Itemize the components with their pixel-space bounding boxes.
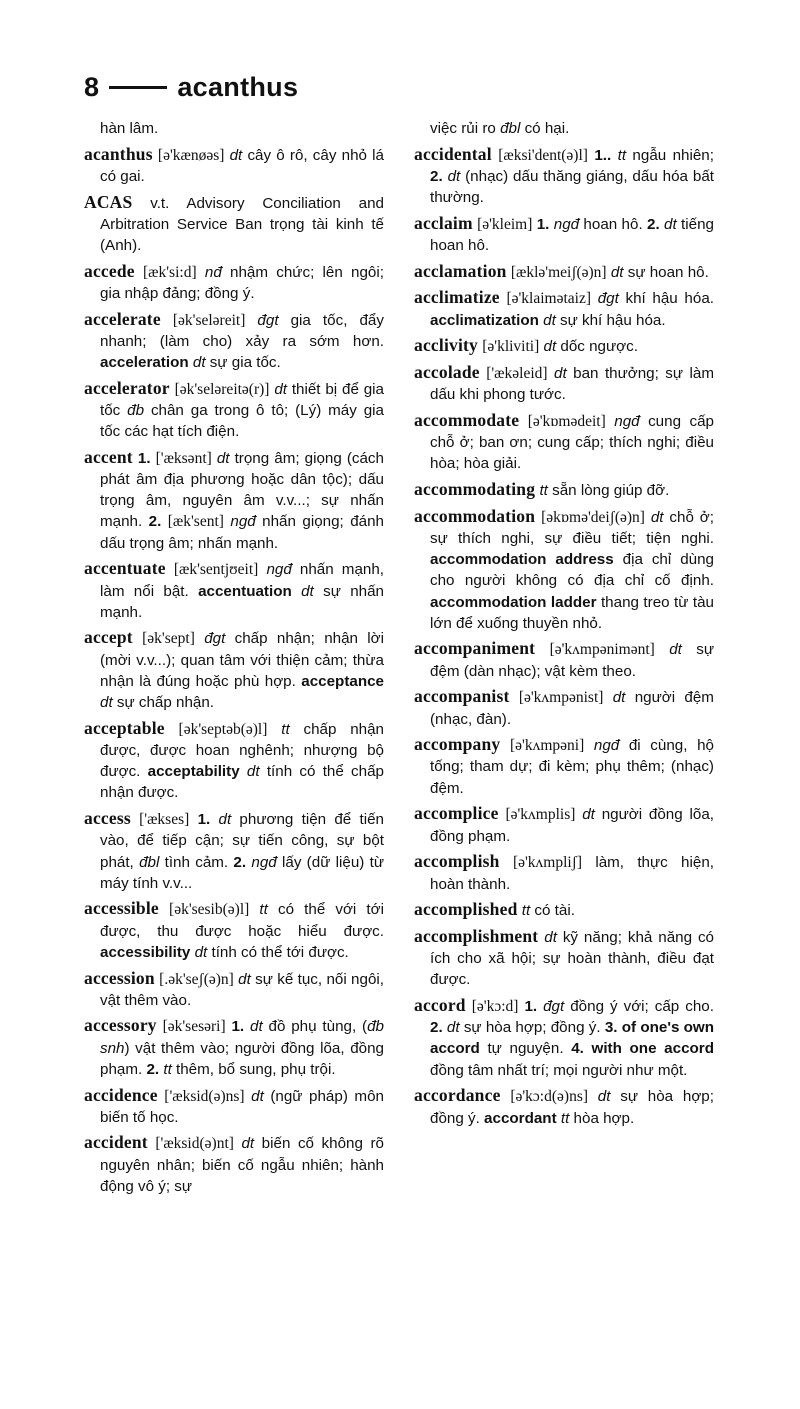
- part-of-speech: tt: [618, 147, 626, 164]
- headword: accelerate: [84, 309, 161, 329]
- headword: accent: [84, 447, 133, 467]
- definition-text: có hại.: [520, 120, 569, 137]
- dictionary-entry: accede [æk'si:d] nđ nhậm chức; lên ngôi;…: [84, 261, 384, 304]
- part-of-speech: đgt: [204, 630, 225, 647]
- sub-entry: acclimatization: [430, 312, 539, 329]
- definition-text: [133, 630, 142, 647]
- part-of-speech: dt: [651, 509, 664, 526]
- right-column: việc rủi ro đbl có hại.accidental [æksi'…: [414, 118, 714, 1133]
- dictionary-entry: acclimatize [ə'klaimətaiz] đgt khí hậu h…: [414, 287, 714, 330]
- part-of-speech: đbl: [500, 120, 520, 137]
- headword: accidence: [84, 1085, 158, 1105]
- pronunciation: [æk'sentjʊeit]: [174, 561, 258, 578]
- headword: accommodating: [414, 479, 535, 499]
- definition-text: [240, 763, 247, 780]
- definition-text: đồ phụ tùng, (: [263, 1018, 367, 1035]
- definition-text: [519, 413, 528, 430]
- part-of-speech: dt: [613, 689, 626, 706]
- headword: acclivity: [414, 335, 478, 355]
- headword: ACAS: [84, 192, 132, 212]
- dictionary-entry: accommodating tt sẵn lòng giúp đỡ.: [414, 479, 714, 501]
- part-of-speech: dt: [238, 971, 251, 988]
- sense-number: 2.: [647, 216, 660, 233]
- definition-text: [500, 737, 510, 754]
- definition-text: [195, 630, 204, 647]
- definition-text: tình cảm.: [159, 854, 233, 871]
- definition-text: [535, 641, 549, 658]
- sense-number: 2.: [149, 513, 162, 530]
- definition-text: sẵn lòng giúp đỡ.: [548, 482, 669, 499]
- pronunciation: [ə'kleim]: [477, 216, 532, 233]
- left-column: hàn lâm.acanthus [ə'kænøəs] dt cây ô rô,…: [84, 118, 384, 1202]
- definition-text: [500, 854, 513, 871]
- sense-number: 3.: [605, 1019, 618, 1036]
- definition-text: [606, 413, 615, 430]
- headword: accelerator: [84, 378, 170, 398]
- definition-text: [197, 264, 205, 281]
- pronunciation: [ə'kʌmpənimənt]: [550, 641, 655, 658]
- headword: accomplishment: [414, 926, 538, 946]
- pronunciation: ['ækses]: [139, 811, 189, 828]
- definition-text: tính có thể tới được.: [207, 944, 349, 961]
- headword: accolade: [414, 362, 480, 382]
- dictionary-entry: accessory [ək'sesəri] 1. dt đồ phụ tùng,…: [84, 1015, 384, 1080]
- sub-entry: acceptance: [301, 673, 384, 690]
- part-of-speech: đbl: [139, 854, 159, 871]
- pronunciation: [ək'sept]: [142, 630, 195, 647]
- definition-text: thêm, bổ sung, phụ trội.: [172, 1061, 336, 1078]
- pronunciation: [æk'si:d]: [143, 264, 197, 281]
- part-of-speech: tt: [259, 901, 267, 918]
- definition-text: hàn lâm.: [100, 120, 158, 137]
- headword: acclaim: [414, 213, 473, 233]
- part-of-speech: ngđ: [594, 737, 619, 754]
- part-of-speech: nđ: [205, 264, 222, 281]
- part-of-speech: tt: [163, 1061, 171, 1078]
- page-header: 8 acanthus: [84, 72, 298, 103]
- dictionary-entry: accompanist [ə'kʌmpənist] dt người đệm (…: [414, 686, 714, 729]
- definition-text: [603, 689, 612, 706]
- entry-continuation: việc rủi ro đbl có hại.: [414, 118, 714, 139]
- headword: accede: [84, 261, 135, 281]
- pronunciation: [ə'kɔ:d(ə)ns]: [510, 1088, 588, 1105]
- definition-text: v.t. Advisory Conciliation and Arbitrati…: [100, 195, 384, 254]
- definition-text: [655, 641, 669, 658]
- part-of-speech: dt: [241, 1135, 254, 1152]
- part-of-speech: dt: [554, 365, 567, 382]
- dictionary-entry: accord [ə'kɔ:d] 1. đgt đồng ý với; cấp c…: [414, 995, 714, 1081]
- pronunciation: [æksi'dent(ə)l]: [498, 147, 588, 164]
- part-of-speech: dt: [251, 1088, 264, 1105]
- definition-text: sự khí hậu hóa.: [556, 312, 666, 329]
- sense-number: 1.: [524, 998, 537, 1015]
- definition-text: [501, 1088, 511, 1105]
- part-of-speech: dt: [582, 806, 595, 823]
- sense-number: 4.: [571, 1040, 584, 1057]
- pronunciation: [ək'sesib(ə)l]: [169, 901, 249, 918]
- pronunciation: [ə'kliviti]: [482, 338, 539, 355]
- dictionary-entry: accidental [æksi'dent(ə)l] 1.. tt ngẫu n…: [414, 144, 714, 209]
- definition-text: [510, 689, 519, 706]
- sub-entry: acceleration: [100, 354, 189, 371]
- part-of-speech: ngđ: [266, 561, 291, 578]
- pronunciation: [ə'kɒmədeit]: [528, 413, 606, 430]
- definition-text: [210, 811, 218, 828]
- definition-text: tự nguyện.: [480, 1040, 571, 1057]
- part-of-speech: dt: [544, 338, 557, 355]
- sub-entry: accommodation address: [430, 551, 614, 568]
- page-number: 8: [84, 72, 99, 103]
- pronunciation: [.ək'seʃ(ə)n]: [159, 971, 234, 988]
- definition-text: [161, 312, 173, 329]
- definition-text: đồng ý với; cấp cho.: [564, 998, 714, 1015]
- part-of-speech: dt: [230, 147, 243, 164]
- headword: acclimatize: [414, 287, 500, 307]
- headword: accession: [84, 968, 155, 988]
- dictionary-entry: acclamation [æklə'meiʃ(ə)n] dt sự hoan h…: [414, 261, 714, 283]
- part-of-speech: dt: [301, 583, 314, 600]
- header-rule: [109, 86, 167, 89]
- definition-text: hòa hợp.: [569, 1110, 634, 1127]
- definition-text: [189, 811, 197, 828]
- pronunciation: ['æksid(ə)ns]: [164, 1088, 244, 1105]
- part-of-speech: dt: [544, 929, 557, 946]
- dictionary-entry: acclaim [ə'kleim] 1. ngđ hoan hô. 2. dt …: [414, 213, 714, 256]
- part-of-speech: dt: [448, 168, 461, 185]
- pronunciation: [ə'klaimətaiz]: [506, 290, 591, 307]
- part-of-speech: đgt: [543, 998, 564, 1015]
- definition-text: có tài.: [530, 902, 575, 919]
- headword: accident: [84, 1132, 148, 1152]
- sense-number: 1..: [594, 147, 611, 164]
- sub-entry: acceptability: [148, 763, 240, 780]
- dictionary-entry: accommodation [əkɒmə'deiʃ(ə)n] dt chỗ ở;…: [414, 506, 714, 634]
- dictionary-entry: acanthus [ə'kænøəs] dt cây ô rô, cây nhỏ…: [84, 144, 384, 187]
- definition-text: [249, 901, 259, 918]
- pronunciation: [æklə'meiʃ(ə)n]: [511, 264, 607, 281]
- definition-text: [135, 264, 143, 281]
- dictionary-entry: accelerate [ək'seləreit] đgt gia tốc, đẩ…: [84, 309, 384, 374]
- definition-text: (nhạc) dấu thăng giáng, dấu hóa bất thườ…: [430, 168, 714, 206]
- dictionary-entry: accommodate [ə'kɒmədeit] ngđ cung cấp ch…: [414, 410, 714, 475]
- definition-text: [267, 721, 281, 738]
- definition-text: đồng tâm nhất trí; mọi người như một.: [430, 1062, 687, 1079]
- definition-text: sự hòa hợp; đồng ý.: [460, 1019, 605, 1036]
- dictionary-entry: accomplice [ə'kʌmplis] dt người đồng lõa…: [414, 803, 714, 846]
- part-of-speech: dt: [247, 763, 260, 780]
- pronunciation: [ə'kɔ:d]: [472, 998, 519, 1015]
- pronunciation: [ə'kʌmplis]: [505, 806, 575, 823]
- part-of-speech: dt: [669, 641, 682, 658]
- dictionary-entry: acclivity [ə'kliviti] dt dốc ngược.: [414, 335, 714, 357]
- sense-number: 2.: [146, 1061, 159, 1078]
- pronunciation: [ək'sesəri]: [163, 1018, 226, 1035]
- dictionary-entry: accession [.ək'seʃ(ə)n] dt sự kế tục, nố…: [84, 968, 384, 1011]
- dictionary-entry: accelerator [ək'seləreitə(r)] dt thiết b…: [84, 378, 384, 443]
- dictionary-entry: accordance [ə'kɔ:d(ə)ns] dt sự hòa hợp; …: [414, 1085, 714, 1128]
- sub-entry: accessibility: [100, 944, 190, 961]
- part-of-speech: đgt: [257, 312, 278, 329]
- pronunciation: ['ækəleid]: [486, 365, 547, 382]
- dictionary-entry: accessible [ək'sesib(ə)l] tt có thể với …: [84, 898, 384, 963]
- dictionary-entry: accident ['æksid(ə)nt] dt biến cố không …: [84, 1132, 384, 1197]
- definition-text: [165, 721, 179, 738]
- headword: accomplished: [414, 899, 518, 919]
- dictionary-entry: accolade ['ækəleid] dt ban thưởng; sự là…: [414, 362, 714, 405]
- part-of-speech: dt: [193, 354, 206, 371]
- part-of-speech: ngđ: [554, 216, 579, 233]
- part-of-speech: dt: [250, 1018, 263, 1035]
- pronunciation: [əkɒmə'deiʃ(ə)n]: [541, 509, 645, 526]
- part-of-speech: dt: [598, 1088, 611, 1105]
- part-of-speech: dt: [274, 381, 287, 398]
- sub-entry: with one accord: [592, 1040, 714, 1057]
- definition-text: sự hoan hô.: [624, 264, 709, 281]
- sub-entry: accommodation ladder: [430, 594, 597, 611]
- dictionary-entry: accomplished tt có tài.: [414, 899, 714, 921]
- headword: accidental: [414, 144, 492, 164]
- definition-text: [292, 583, 301, 600]
- pronunciation: [ə'kʌmpliʃ]: [513, 854, 582, 871]
- part-of-speech: dt: [664, 216, 677, 233]
- headword: acanthus: [84, 144, 153, 164]
- pronunciation: ['æksənt]: [156, 450, 212, 467]
- dictionary-entry: ACAS v.t. Advisory Conciliation and Arbi…: [84, 192, 384, 257]
- headword: accomplish: [414, 851, 500, 871]
- part-of-speech: tt: [281, 721, 289, 738]
- headword: accommodation: [414, 506, 535, 526]
- pronunciation: [æk'sent]: [168, 513, 224, 530]
- definition-text: việc rủi ro: [430, 120, 500, 137]
- sense-number: 1.: [537, 216, 550, 233]
- definition-text: dốc ngược.: [556, 338, 638, 355]
- dictionary-entry: accept [ək'sept] đgt chấp nhận; nhận lời…: [84, 627, 384, 713]
- part-of-speech: ngđ: [251, 854, 276, 871]
- part-of-speech: tt: [539, 482, 547, 499]
- headword: accommodate: [414, 410, 519, 430]
- part-of-speech: dt: [219, 811, 232, 828]
- definition-text: ngẫu nhiên;: [626, 147, 714, 164]
- part-of-speech: dt: [100, 694, 113, 711]
- definition-text: [591, 290, 598, 307]
- sense-number: 2.: [430, 1019, 443, 1036]
- dictionary-entry: accompany [ə'kʌmpəni] ngđ đi cùng, hộ tố…: [414, 734, 714, 799]
- pronunciation: [ə'kʌmpəni]: [510, 737, 584, 754]
- pronunciation: [ə'kʌmpənist]: [519, 689, 604, 706]
- dictionary-entry: access ['ækses] 1. dt phương tiện để tiế…: [84, 808, 384, 894]
- headword: accessible: [84, 898, 159, 918]
- part-of-speech: dt: [611, 264, 624, 281]
- headword: accompany: [414, 734, 500, 754]
- headword: accessory: [84, 1015, 157, 1035]
- sense-number: 1.: [198, 811, 211, 828]
- dictionary-entry: accentuate [æk'sentjʊeit] ngđ nhấn mạnh,…: [84, 558, 384, 623]
- definition-text: [584, 1040, 592, 1057]
- part-of-speech: đb: [127, 402, 144, 419]
- part-of-speech: dt: [195, 944, 208, 961]
- pronunciation: ['æksid(ə)nt]: [155, 1135, 234, 1152]
- definition-text: hoan hô.: [579, 216, 647, 233]
- headword: accompanist: [414, 686, 510, 706]
- headword: acclamation: [414, 261, 507, 281]
- sense-number: 1.: [231, 1018, 244, 1035]
- part-of-speech: đgt: [598, 290, 619, 307]
- definition-text: [159, 901, 169, 918]
- dictionary-entry: acceptable [ək'septəb(ə)l] tt chấp nhận …: [84, 718, 384, 804]
- dictionary-entry: accomplish [ə'kʌmpliʃ] làm, thực hiện, h…: [414, 851, 714, 894]
- headword: acceptable: [84, 718, 165, 738]
- definition-text: khí hậu hóa.: [619, 290, 714, 307]
- headword: accompaniment: [414, 638, 535, 658]
- entry-continuation: hàn lâm.: [84, 118, 384, 139]
- sense-number: 2.: [233, 854, 246, 871]
- part-of-speech: ngđ: [614, 413, 639, 430]
- dictionary-entry: accompaniment [ə'kʌmpənimənt] dt sự đệm …: [414, 638, 714, 681]
- dictionary-entry: accidence ['æksid(ə)ns] dt (ngữ pháp) mô…: [84, 1085, 384, 1128]
- pronunciation: [ək'seləreitə(r)]: [175, 381, 270, 398]
- headword: access: [84, 808, 131, 828]
- sub-entry: accentuation: [198, 583, 292, 600]
- definition-text: [166, 561, 174, 578]
- headword: accord: [414, 995, 466, 1015]
- part-of-speech: tt: [522, 902, 530, 919]
- pronunciation: [ək'septəb(ə)l]: [179, 721, 268, 738]
- dictionary-entry: accomplishment dt kỹ năng; khả năng có í…: [414, 926, 714, 991]
- definition-text: sự chấp nhận.: [113, 694, 214, 711]
- headword: accept: [84, 627, 133, 647]
- part-of-speech: dt: [217, 450, 230, 467]
- headword: accentuate: [84, 558, 166, 578]
- guide-word: acanthus: [177, 72, 298, 103]
- pronunciation: [ək'seləreit]: [173, 312, 246, 329]
- pronunciation: [ə'kænøəs]: [158, 147, 225, 164]
- definition-text: [588, 1088, 598, 1105]
- definition-text: [245, 312, 257, 329]
- part-of-speech: ngđ: [230, 513, 255, 530]
- headword: accomplice: [414, 803, 499, 823]
- definition-text: [131, 811, 139, 828]
- sub-entry: accordant: [484, 1110, 557, 1127]
- sense-number: 2.: [430, 168, 443, 185]
- sense-number: 1.: [138, 450, 151, 467]
- dictionary-entry: accent 1. ['æksənt] dt trọng âm; giọng (…: [84, 447, 384, 554]
- definition-text: sự gia tốc.: [206, 354, 281, 371]
- part-of-speech: dt: [543, 312, 556, 329]
- definition-text: [584, 737, 594, 754]
- part-of-speech: dt: [447, 1019, 460, 1036]
- headword: accordance: [414, 1085, 501, 1105]
